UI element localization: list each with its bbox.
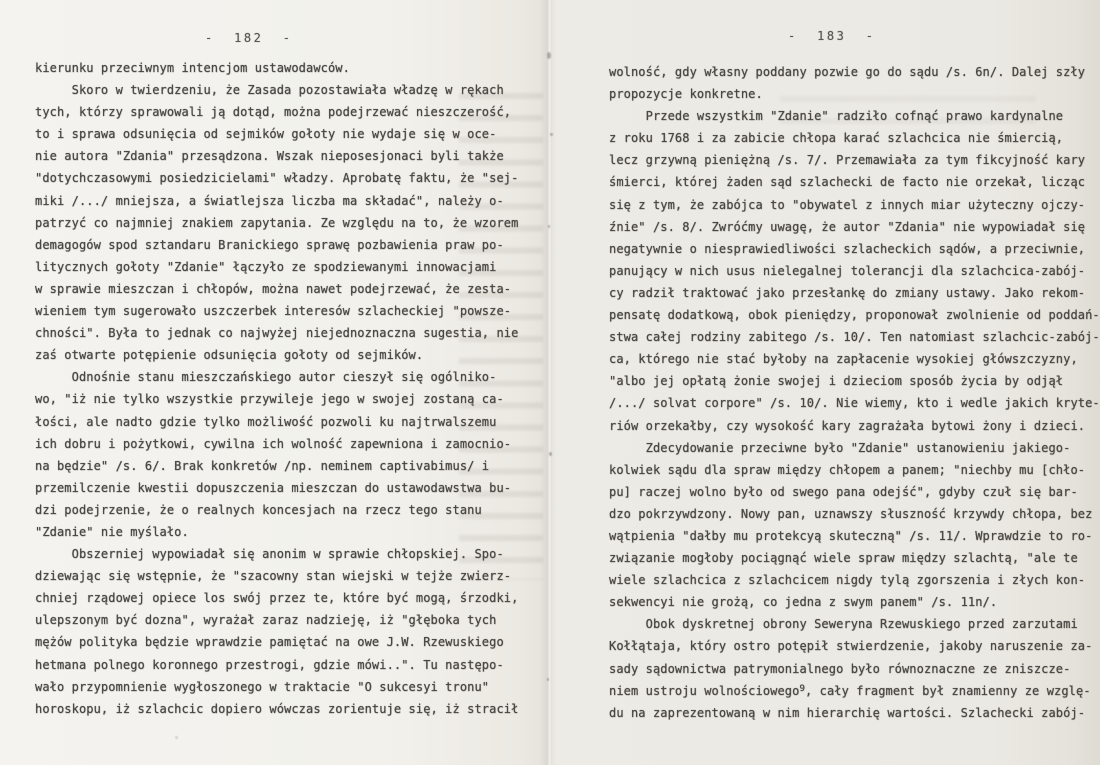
text-line: wiele szlachcica z szlachcicem nigdy tyl… (609, 569, 1095, 591)
text-line: łości, ale nadto gdzie tylko możliwość p… (35, 411, 533, 433)
text-line: sekwencyi nie grożą, co jedna z swym pan… (609, 591, 1095, 613)
text-line: horoskopu, iż szlachcic dopiero wówczas … (35, 698, 533, 720)
text-line: du na zaprezentowaną w nim hierarchię wa… (609, 702, 1095, 724)
text-line: ich dobru i pożytkowi, cywilna ich wolno… (35, 433, 533, 455)
text-line: pu] raczej wolno było od swego pana odej… (609, 481, 1095, 503)
text-line: sady sądownictwa patrymonialnego było ró… (609, 658, 1095, 680)
paper-speck (548, 225, 550, 228)
text-line: z roku 1768 i za zabicie chłopa karać sz… (609, 127, 1095, 149)
text-line: hetmana polnego koronnego przestrogi, gd… (35, 654, 533, 676)
text-line: wieniem tym sugerowało uszczerbek intere… (35, 300, 533, 322)
text-line: Przede wszystkim "Zdanie" radziło cofnąć… (609, 105, 1095, 127)
text-line: związanie mogłoby pociągnąć wiele spraw … (609, 547, 1095, 569)
text-line: ca, którego nie stać byłoby na zapłaceni… (609, 348, 1095, 370)
text-line: mężów polityka będzie wprawdzie pamiętać… (35, 631, 533, 653)
text-line: stwa całej rodziny zabitego /s. 10/. Ten… (609, 326, 1095, 348)
text-line: litycznych gołoty "Zdanie" łączyło ze sp… (35, 256, 533, 278)
paper-speck (549, 452, 552, 456)
page-183-body-text: wolność, gdy własny poddany pozwie go do… (609, 61, 1095, 724)
text-line: Kołłątaja, który ostro potępił stwierdze… (609, 635, 1095, 657)
text-line: Zdecydowanie przeciwne było "Zdanie" ust… (609, 437, 1095, 459)
text-line: miki /.../ mniejsza, a światlejsza liczb… (35, 190, 533, 212)
text-line: dzi podejrzenie, że o realnych koncesjac… (35, 499, 533, 521)
text-line: chniej rządowej opiece los swój przez te… (35, 587, 533, 609)
text-line: "Zdanie" nie myślało. (35, 521, 533, 543)
paper-speck (547, 52, 551, 59)
text-line: w sprawie mieszczan i chłopów, można naw… (35, 278, 533, 300)
text-line: niem ustroju wolnościowego9, cały fragme… (609, 680, 1095, 702)
text-line: cy radził traktować jako przesłankę do z… (609, 282, 1095, 304)
text-line: "dotychczasowymi posiedzicielami" władzy… (35, 167, 533, 189)
text-line: wolność, gdy własny poddany pozwie go do… (609, 61, 1095, 83)
text-line: wo, "iż nie tylko wszystkie przywileje j… (35, 388, 533, 410)
binding-crease (540, 0, 556, 765)
page-number-182: - 182 - (205, 31, 293, 45)
text-line: wało przypomnienie wygłoszonego w trakta… (35, 676, 533, 698)
text-line: Odnośnie stanu mieszczańskiego autor cie… (35, 366, 533, 388)
text-line: panujący w nich usus nielegalnej toleran… (609, 260, 1095, 282)
text-line: na będzie" /s. 6/. Brak konkretów /np. n… (35, 455, 533, 477)
text-line: ulepszonym być dozna", wyrażał zaraz nad… (35, 609, 533, 631)
page-182-body-text: kierunku przeciwnym intencjom ustawodawc… (35, 57, 533, 720)
footnote-marker: 9 (799, 684, 805, 694)
page-number-183: - 183 - (788, 29, 876, 43)
paper-speck (550, 133, 553, 136)
text-line: śmierci, której żaden sąd szlachecki de … (609, 171, 1095, 193)
text-line: się z tym, że zabójca to "obywatel z inn… (609, 194, 1095, 216)
text-line: riów orzekałby, czy wysokość kary zagraż… (609, 415, 1095, 437)
text-line: Obszerniej wypowiadał się anonim w spraw… (35, 543, 533, 565)
text-line: Obok dyskretnej obrony Seweryna Rzewuski… (609, 613, 1095, 635)
text-line: /.../ solvat corpore" /s. 10/. Nie wiemy… (609, 392, 1095, 414)
text-line: pensatę dodatkową, obok pieniędzy, propo… (609, 304, 1095, 326)
page-right-183: - 183 - wolność, gdy własny poddany pozw… (552, 0, 1100, 765)
text-line: źnie" /s. 8/. Zwróćmy uwagę, że autor "Z… (609, 216, 1095, 238)
text-line: tych, którzy sprawowali ją dotąd, można … (35, 101, 533, 123)
text-line: Skoro w twierdzeniu, że Zasada pozostawi… (35, 79, 533, 101)
paper-speck (547, 678, 549, 681)
paper-speck (175, 736, 178, 739)
text-line: "albo jej opłatą żonie swojej i dzieciom… (609, 370, 1095, 392)
text-line: przemilczenie kwestii dopuszczenia miesz… (35, 477, 533, 499)
text-line: kierunku przeciwnym intencjom ustawodawc… (35, 57, 533, 79)
text-line: zaś otwarte potępienie odsunięcia gołoty… (35, 344, 533, 366)
text-line: wątpienia "dałby mu protekcyą skuteczną"… (609, 525, 1095, 547)
text-line: demagogów spod sztandaru Branickiego spr… (35, 234, 533, 256)
page-left-182: - 182 - kierunku przeciwnym intencjom us… (0, 0, 552, 765)
text-line: patrzyć co najmniej znakiem zapytania. Z… (35, 212, 533, 234)
scanned-document: - 182 - kierunku przeciwnym intencjom us… (0, 0, 1100, 765)
text-line: propozycje konkretne. (609, 83, 1095, 105)
text-line: dziewając się wstępnie, że "szacowny sta… (35, 565, 533, 587)
text-line: dzo pokrzywdzony. Nowy pan, uznawszy słu… (609, 503, 1095, 525)
text-line: nie autora "Zdania" przesądzona. Wszak n… (35, 145, 533, 167)
text-line: to i sprawa odsunięcia od sejmików gołot… (35, 123, 533, 145)
text-line: chności". Była to jednak co najwyżej nie… (35, 322, 533, 344)
text-line: negatywnie o niesprawiedliwości szlachec… (609, 238, 1095, 260)
text-line: kolwiek sądu dla spraw między chłopem a … (609, 459, 1095, 481)
text-line: lecz grzywną pieniężną /s. 7/. Przemawia… (609, 149, 1095, 171)
